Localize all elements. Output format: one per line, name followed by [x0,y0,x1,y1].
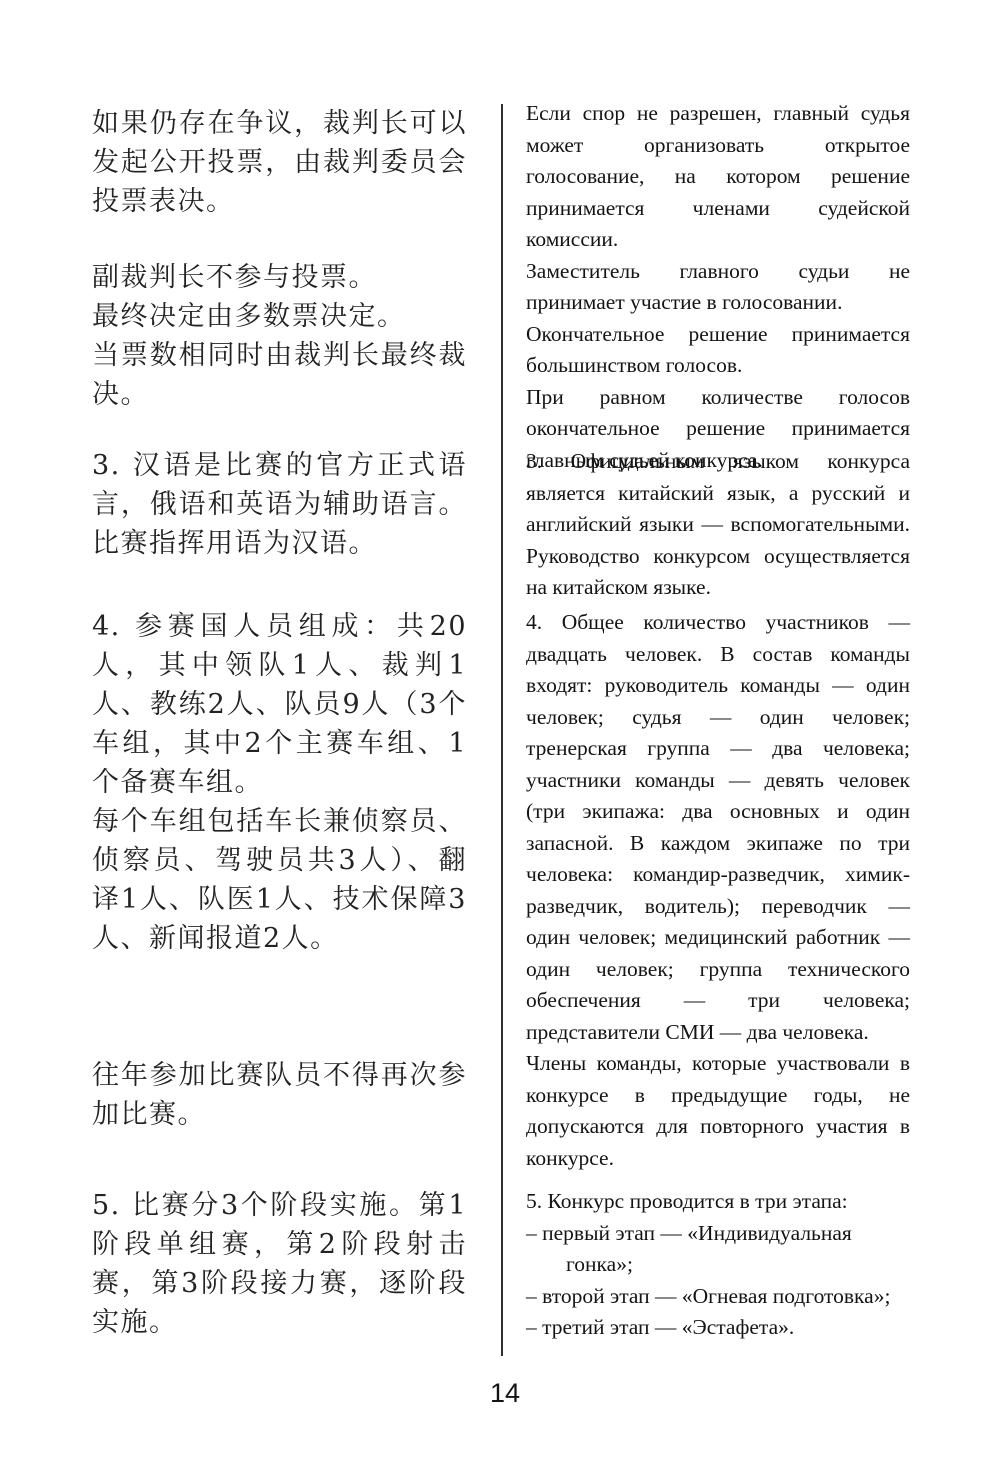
ru-intro-text-2: Заместитель главного судьи не принимает … [526,256,910,319]
page-number: 14 [470,1378,540,1409]
cn-item-4: 4. 参赛国人员组成：共20人，其中领队1人、裁判1人、教练2人、队员9人（3个… [92,607,467,958]
cn-intro-paragraph-1: 如果仍存在争议，裁判长可以发起公开投票，由裁判委员会投票表决。 [92,104,467,221]
ru-item-4: 4. Общее количество участников — двадцат… [526,607,910,1174]
ru-item-5-stage-2: – второй этап — «Огневая подготовка»; [526,1281,910,1313]
cn-item-3-text: 3. 汉语是比赛的官方正式语言，俄语和英语为辅助语言。比赛指挥用语为汉语。 [92,446,467,563]
ru-item-3: 3. Официальным языком конкурса является … [526,446,910,604]
book-page: 如果仍存在争议，裁判长可以发起公开投票，由裁判委员会投票表决。 副裁判长不参与投… [0,0,1000,1476]
ru-repeat-rule-text: Члены команды, которые участвовали в кон… [526,1048,910,1174]
ru-item-5: 5. Конкурс проводится в три этапа: – пер… [526,1186,910,1344]
cn-item-5-text: 5. 比赛分3个阶段实施。第1阶段单组赛，第2阶段射击赛，第3阶段接力赛，逐阶段… [92,1186,467,1342]
ru-item-5-stage-3: – третий этап — «Эстафета». [526,1312,910,1344]
cn-item-4-text-2: 每个车组包括车长兼侦察员、侦察员、驾驶员共3人）、翻译1人、队医1人、技术保障3… [92,802,467,958]
cn-intro-text-1: 如果仍存在争议，裁判长可以发起公开投票，由裁判委员会投票表决。 [92,104,467,221]
ru-intro-text-1: Если спор не разрешен, главный судья мож… [526,98,910,256]
ru-intro-text-3: Окончательное решение принимается больши… [526,319,910,382]
cn-intro-text-3: 最终决定由多数票决定。 [92,297,467,336]
ru-intro-paragraphs: Если спор не разрешен, главный судья мож… [526,98,910,476]
column-divider-rule [501,104,503,1356]
cn-item-3: 3. 汉语是比赛的官方正式语言，俄语和英语为辅助语言。比赛指挥用语为汉语。 [92,446,467,563]
cn-intro-text-4: 当票数相同时由裁判长最终裁决。 [92,336,467,414]
cn-repeat-rule: 往年参加比赛队员不得再次参加比赛。 [92,1056,467,1134]
ru-item-5-header: 5. Конкурс проводится в три этапа: [526,1186,910,1218]
cn-intro-paragraph-2: 副裁判长不参与投票。 最终决定由多数票决定。 当票数相同时由裁判长最终裁决。 [92,258,467,414]
ru-item-4-text: 4. Общее количество участников — двадцат… [526,607,910,1048]
ru-item-3-text: 3. Официальным языком конкурса является … [526,446,910,604]
cn-item-5: 5. 比赛分3个阶段实施。第1阶段单组赛，第2阶段射击赛，第3阶段接力赛，逐阶段… [92,1186,467,1342]
cn-repeat-rule-text: 往年参加比赛队员不得再次参加比赛。 [92,1056,467,1134]
cn-intro-text-2: 副裁判长不参与投票。 [92,258,467,297]
ru-item-5-stage-1: – первый этап — «Индивидуальная гонка»; [526,1218,910,1281]
cn-item-4-text-1: 4. 参赛国人员组成：共20人，其中领队1人、裁判1人、教练2人、队员9人（3个… [92,607,467,802]
